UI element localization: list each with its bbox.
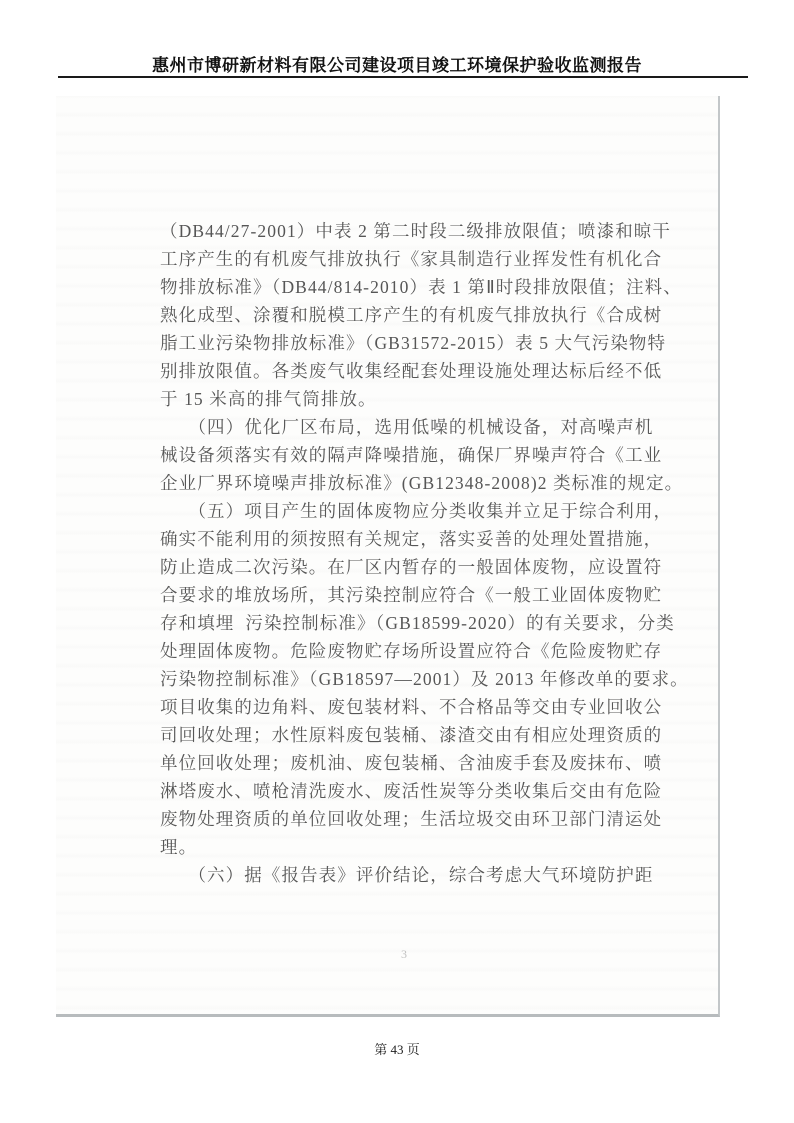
text-line: 企业厂界环境噪声排放标准》(GB12348-2008)2 类标准的规定。 [160, 469, 660, 497]
text-line: 司回收处理；水性原料废包装桶、漆渣交由有相应处理资质的 [160, 721, 660, 749]
text-line: （四）优化厂区布局，选用低噪的机械设备，对高噪声机 [160, 413, 660, 441]
text-line: 脂工业污染物排放标准》（GB31572-2015）表 5 大气污染物特 [160, 329, 660, 357]
text-line: 废物处理资质的单位回收处理；生活垃圾交由环卫部门清运处 [160, 805, 660, 833]
page-number-label: 第 43 页 [0, 1039, 794, 1058]
header-divider-line [58, 76, 748, 78]
text-line: 别排放限值。各类废气收集经配套处理设施处理达标后经不低 [160, 357, 660, 385]
text-line: 存和填埋 污染控制标准》（GB18599-2020）的有关要求，分类 [160, 609, 660, 637]
text-line: （六）据《报告表》评价结论，综合考虑大气环境防护距 [160, 861, 660, 889]
text-line: 处理固体废物。危险废物贮存场所设置应符合《危险废物贮存 [160, 637, 660, 665]
text-line: （DB44/27-2001）中表 2 第二时段二级排放限值；喷漆和晾干 [160, 217, 660, 245]
text-line: （五）项目产生的固体废物应分类收集并立足于综合利用， [160, 497, 660, 525]
document-page: 惠州市博研新材料有限公司建设项目竣工环境保护验收监测报告 （DB44/27-20… [0, 0, 794, 1123]
text-line: 防止造成二次污染。在厂区内暂存的一般固体废物，应设置符 [160, 553, 660, 581]
text-line: 合要求的堆放场所，其污染控制应符合《一般工业固体废物贮 [160, 581, 660, 609]
text-line: 项目收集的边角料、废包装材料、不合格品等交由专业回收公 [160, 693, 660, 721]
text-line: 单位回收处理；废机油、废包装桶、含油废手套及废抹布、喷 [160, 749, 660, 777]
text-line: 物排放标准》（DB44/814-2010）表 1 第Ⅱ时段排放限值；注料、 [160, 273, 660, 301]
text-line: 工序产生的有机废气排放执行《家具制造行业挥发性有机化合 [160, 245, 660, 273]
text-line: 于 15 米高的排气筒排放。 [160, 385, 660, 413]
text-line: 污染物控制标准》（GB18597—2001）及 2013 年修改单的要求。 [160, 665, 660, 693]
text-line: 确实不能利用的须按照有关规定，落实妥善的处理处置措施， [160, 525, 660, 553]
text-line: 淋塔废水、喷枪清洗废水、废活性炭等分类收集后交由有危险 [160, 777, 660, 805]
text-line: 理。 [160, 833, 660, 861]
report-header-title: 惠州市博研新材料有限公司建设项目竣工环境保护验收监测报告 [0, 51, 794, 76]
text-line: 械设备须落实有效的隔声降噪措施，确保厂界噪声符合《工业 [160, 441, 660, 469]
scan-artifact-mark: 3 [401, 947, 407, 962]
text-line: 熟化成型、涂覆和脱模工序产生的有机废气排放执行《合成树 [160, 301, 660, 329]
document-body: （DB44/27-2001）中表 2 第二时段二级排放限值；喷漆和晾干 工序产生… [160, 217, 660, 889]
